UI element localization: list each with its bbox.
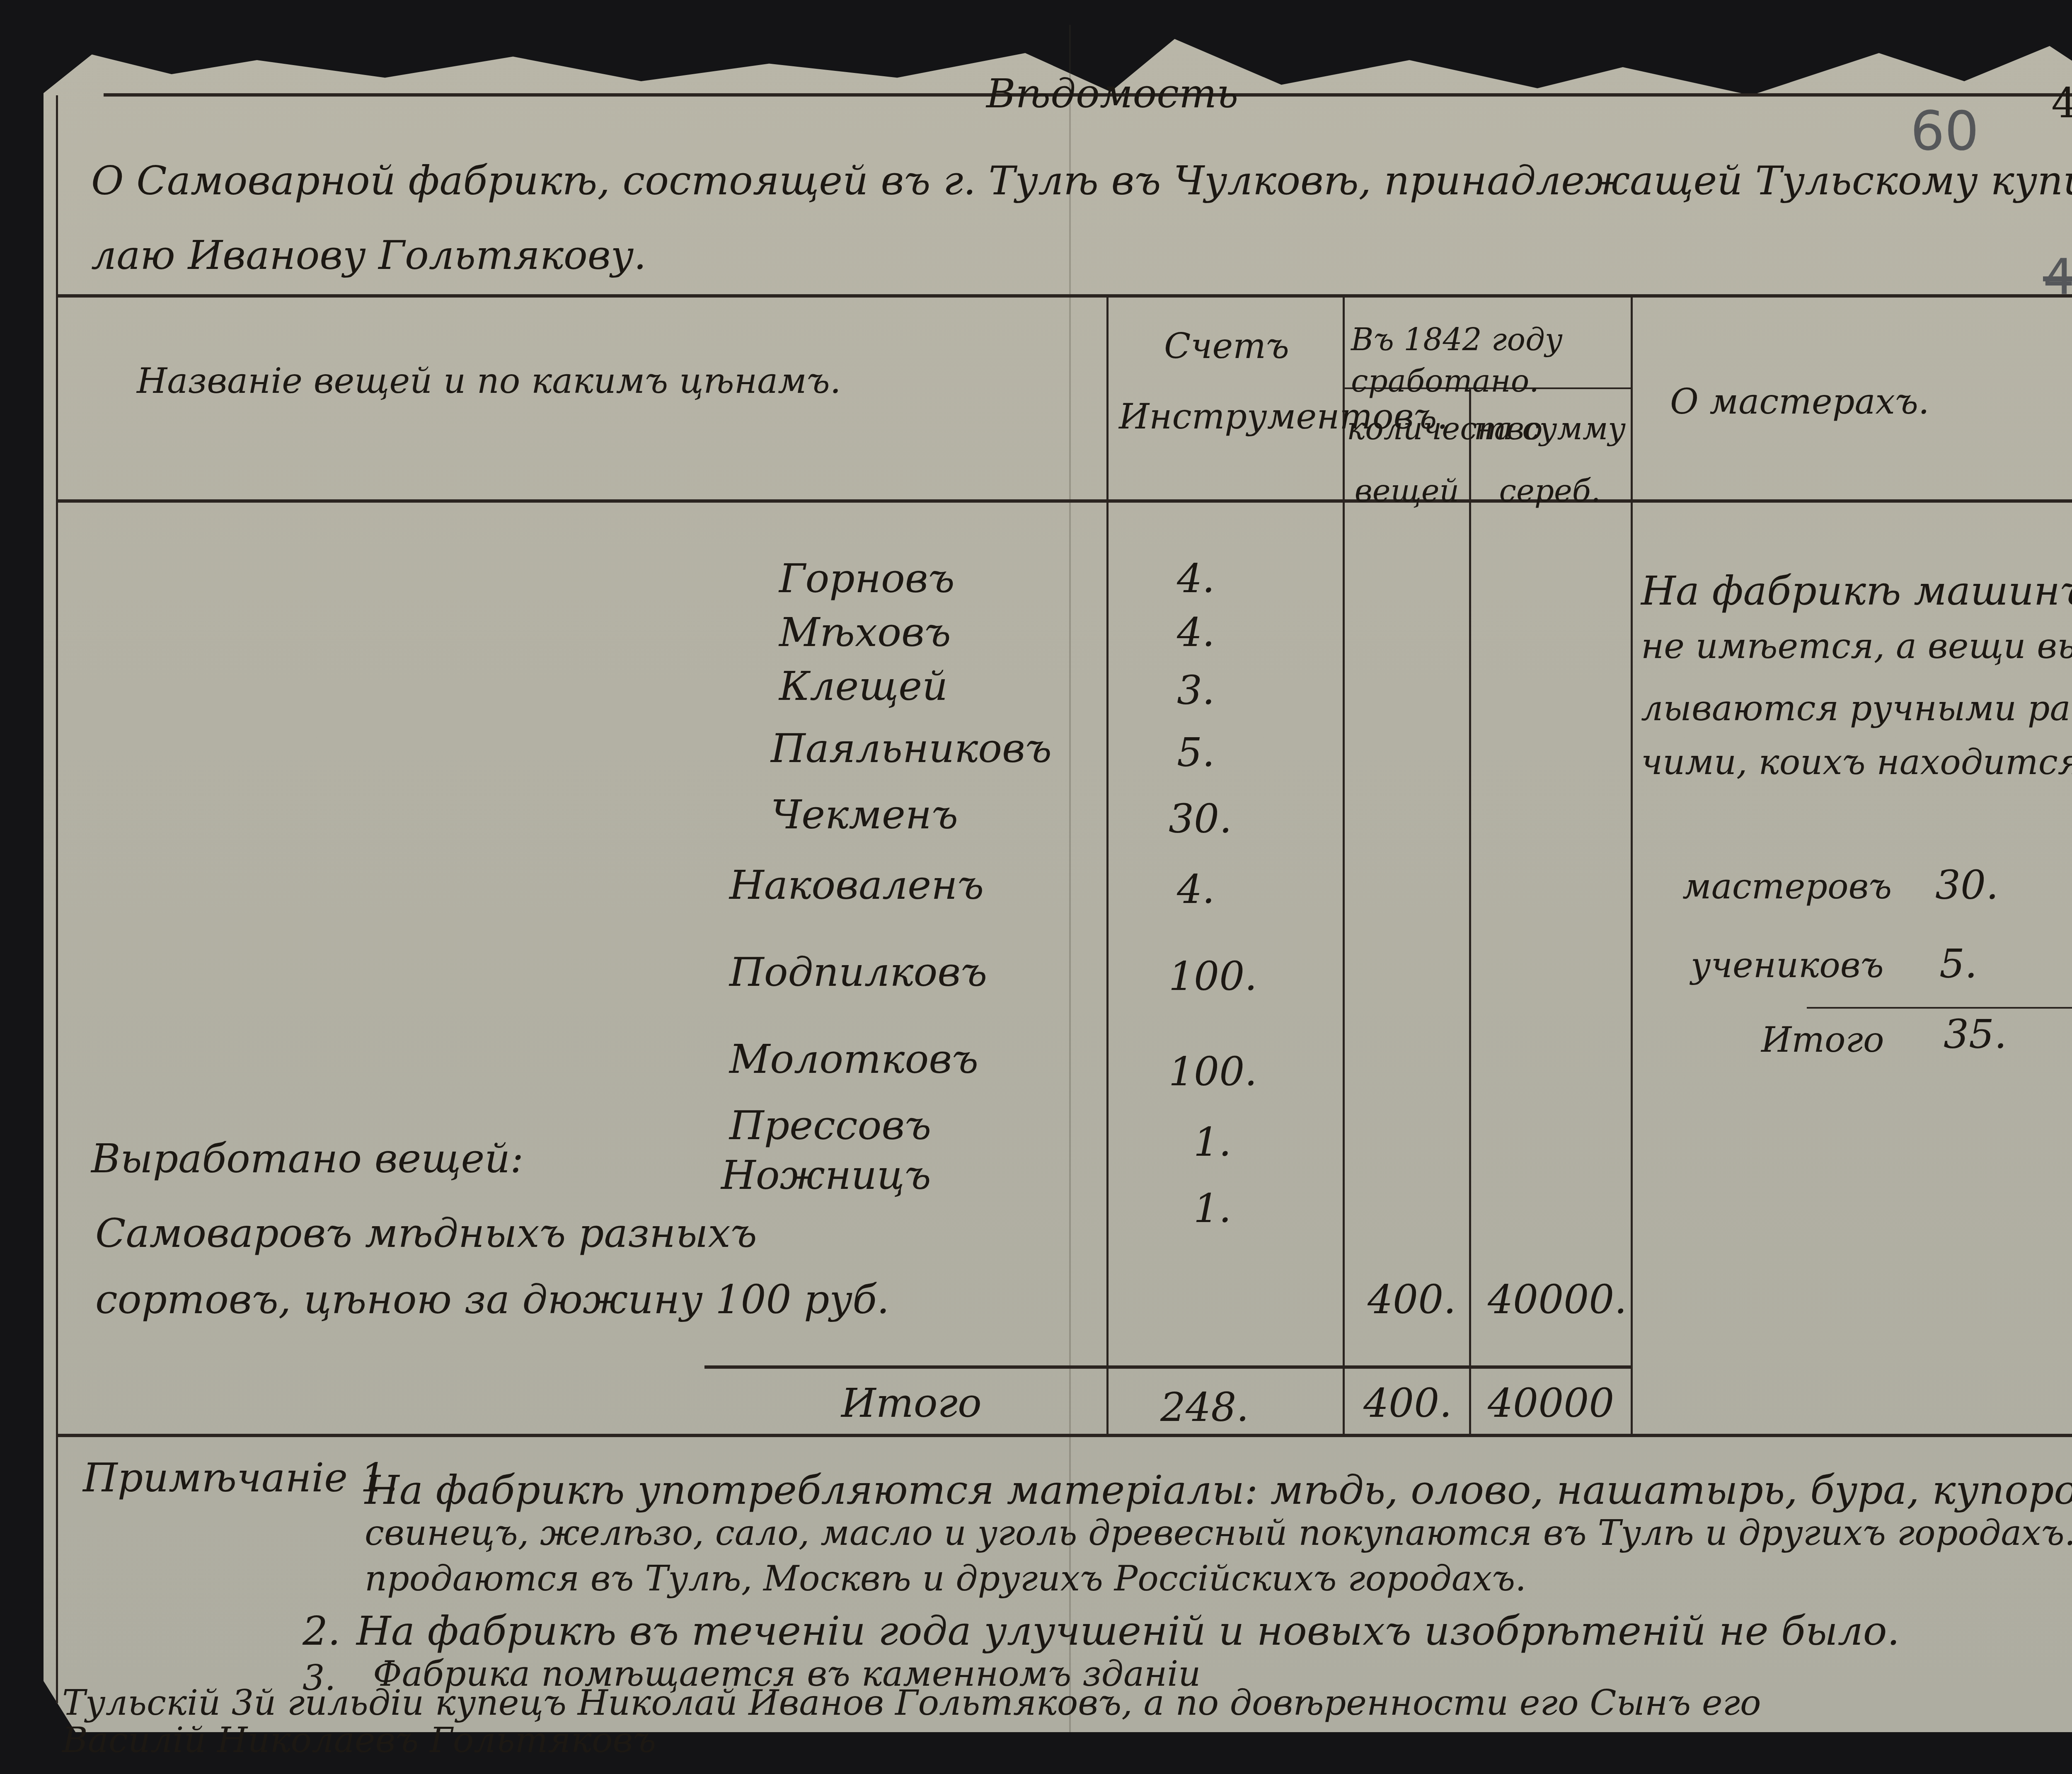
header-items: Названіе вещей и по какимъ цѣнамъ.: [137, 361, 841, 401]
tool-name: Чекменъ: [771, 791, 958, 838]
col-divider-tools: [1106, 294, 1109, 1436]
tool-count: 5.: [1177, 729, 1215, 776]
tool-name: Подпилковъ: [729, 949, 987, 995]
tool-name: Мѣховъ: [779, 609, 951, 656]
tool-name: Клещей: [779, 663, 948, 709]
masters-note-line: На фабрикѣ машинъ: [1641, 568, 2072, 614]
header-quantity: количество вещей: [1347, 398, 1467, 522]
tool-count: 100.: [1169, 1048, 1257, 1095]
tool-count: 100.: [1169, 953, 1257, 1000]
tool-name: Паяльниковъ: [771, 725, 1052, 772]
apprentices-count: 5.: [1939, 941, 1978, 987]
signature-line-2: Василій Николаевъ Гольтяковъ: [62, 1720, 656, 1760]
tool-count: 4.: [1177, 609, 1215, 656]
apprentices-label: учениковъ: [1691, 945, 1884, 985]
col-divider-masters: [1631, 294, 1633, 1436]
left-border: [56, 95, 58, 1703]
totals-sum: 40000: [1488, 1380, 1614, 1426]
totals-tools: 248.: [1160, 1384, 1249, 1430]
masters-label: мастеровъ: [1682, 866, 1892, 907]
remark-1-line-2: свинецъ, желѣзо, сало, масло и уголь дре…: [365, 1513, 2072, 1553]
remarks-label: Примѣчаніе 1.: [83, 1455, 398, 1501]
tool-count: 4.: [1177, 866, 1215, 912]
masters-total-count: 35.: [1944, 1011, 2007, 1058]
subtitle-line-1: О Самоварной фабрикѣ, состоящей въ г. Ту…: [91, 157, 2072, 204]
header-bottom-rule: [58, 499, 2072, 503]
produced-sum: 40000.: [1488, 1276, 1627, 1323]
ink-folio-number: 486.: [2051, 79, 2072, 127]
subtitle-line-2: лаю Иванову Гольтякову.: [91, 232, 646, 278]
tool-count: 30.: [1169, 796, 1232, 842]
header-masters: О мастерахъ.: [1670, 381, 1929, 422]
totals-label: Итого: [841, 1380, 982, 1426]
signature-line-1: Тульскій 3й гильдіи купецъ Николай Ивано…: [62, 1682, 1761, 1723]
masters-total-rule: [1807, 1007, 2072, 1009]
col-divider-sum: [1469, 387, 1471, 1436]
remark-1-line-3: продаются въ Тулѣ, Москвѣ и другихъ Росс…: [365, 1558, 1526, 1599]
header-produced: Въ 1842 году сработано.: [1351, 319, 1624, 402]
tool-name: Прессовъ: [729, 1102, 931, 1149]
produced-desc-line-1: Самоваровъ мѣдныхъ разныхъ: [95, 1210, 757, 1256]
tool-count: 3.: [1177, 667, 1215, 714]
document-title: Вѣдомость: [986, 70, 1238, 117]
masters-note-line: не имѣется, а вещи выдѣ-: [1641, 626, 2072, 666]
masters-note-line: лываются ручными рабо-: [1641, 688, 2072, 728]
totals-rule: [704, 1365, 1633, 1369]
tool-name: Наковаленъ: [729, 862, 984, 908]
table-top-rule: [58, 294, 2072, 298]
pencil-folio-number: 60: [1910, 99, 1979, 162]
table-bottom-rule: [58, 1434, 2072, 1437]
remark-1-line-1: На фабрикѣ употребляются матеріалы: мѣдь…: [365, 1467, 2072, 1513]
header-sum: на сумму сереб.: [1473, 398, 1627, 522]
tool-name: Ножницъ: [721, 1152, 931, 1198]
tool-count: 1.: [1193, 1119, 1232, 1165]
masters-note-line: чими, коихъ находится: [1641, 742, 2072, 782]
remark-2-text: На фабрикѣ въ теченіи года улучшеній и н…: [356, 1608, 1900, 1654]
tool-count: 1.: [1193, 1185, 1232, 1232]
tool-name: Молотковъ: [729, 1036, 978, 1082]
masters-total-label: Итого: [1761, 1019, 1884, 1060]
tool-count: 4.: [1177, 555, 1215, 602]
header-tools: Счетъ Инструментовъ.: [1119, 311, 1334, 452]
remark-2-number: 2.: [303, 1608, 341, 1654]
masters-count: 30.: [1935, 862, 1999, 908]
produced-desc-line-2: сортовъ, цѣною за дюжину 100 руб.: [95, 1276, 889, 1323]
totals-quantity: 400.: [1363, 1380, 1452, 1426]
crossed-out-number: 491: [2043, 249, 2072, 306]
produced-label: Выработано вещей:: [91, 1135, 523, 1182]
produced-quantity: 400.: [1368, 1276, 1456, 1323]
tool-name: Горновъ: [779, 555, 955, 602]
col-divider-quantity: [1343, 294, 1345, 1436]
